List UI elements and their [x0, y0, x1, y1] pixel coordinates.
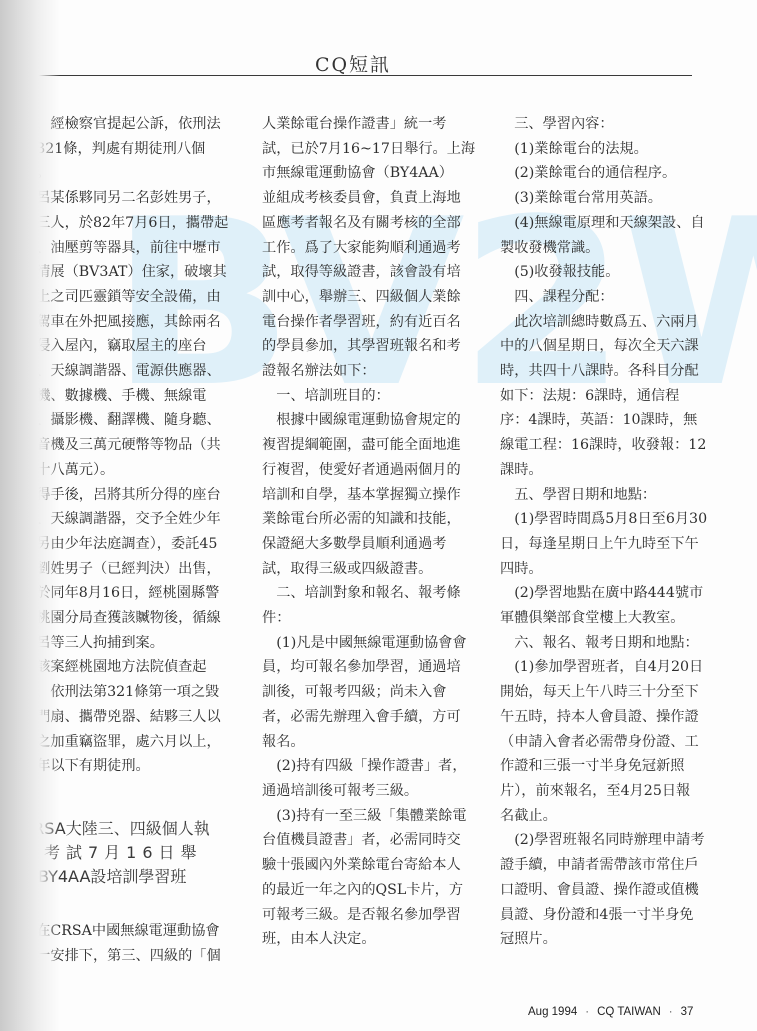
- text-line: 開始，每天上午八時三十分至下: [500, 680, 725, 705]
- text-line: (5)收發報技能。: [500, 260, 725, 285]
- text-line: 共三人，於82年7月6日，攜帶起: [22, 211, 222, 236]
- text-line: 人業餘電台操作證書」統一考: [262, 112, 467, 137]
- text-line: 則侵入屋內，竊取屋主的座台: [22, 334, 222, 359]
- text-line: 件：: [262, 606, 467, 631]
- text-line: 並組成考核委員會，負責上海地: [262, 186, 467, 211]
- text-line: 上之加重竊盜罪，處六月以上，: [22, 730, 222, 755]
- text-line: 訴，依刑法第321條第一項之毀: [22, 680, 222, 705]
- text-line: 作證和三張一寸半身免冠新照: [500, 754, 725, 779]
- text-line: 行複習，使愛好者通過兩個月的: [262, 458, 467, 483]
- text-line: 機、天線調諧器，交予全姓少年: [22, 507, 222, 532]
- issue-date: Aug 1994: [528, 1006, 577, 1018]
- text-line: 機、攝影機、翻譯機、隨身聽、: [22, 408, 222, 433]
- text-line: 試，已於7月16~17日舉行。上海: [262, 137, 467, 162]
- text-line: 證手續，申請者需帶該市常住戶: [500, 853, 725, 878]
- text-line: 中的八個星期日，每次全天六課: [500, 334, 725, 359]
- column-2: 人業餘電台操作證書」統一考 試，已於7月16~17日舉行。上海 市無線電運動協會…: [262, 112, 467, 952]
- text-line: 班，由本人決定。: [262, 927, 467, 952]
- text-line: (2)學習地點在廣中路444號市: [500, 581, 725, 606]
- separator: ·: [669, 1006, 673, 1018]
- text-line: 子、油壓剪等器具，前往中壢市: [22, 236, 222, 261]
- text-line: 越門扇、攜帶兇器、結夥三人以: [22, 705, 222, 730]
- text-line: 車機、數據機、手機、無線電: [22, 384, 222, 409]
- text-line: (4)無線電原理和天線架設、自: [500, 211, 725, 236]
- text-line: 錄音機及三萬元硬幣等物品（共: [22, 433, 222, 458]
- text-line: 驗十張國內外業餘電台寄給本人: [262, 853, 467, 878]
- column-1-body-continued: 在CRSA中國無線電運動協會 統一安排下，第三、四級的「個: [22, 919, 222, 968]
- text-line: 統一安排下，第三、四級的「個: [22, 944, 222, 969]
- text-line: 呂駕車在外把風接應，其餘兩名: [22, 310, 222, 335]
- column-1: 件，經檢察官提起公訴，依刑法 第321條，判處有期徒刑八個 月。 呂某係夥同另二…: [22, 112, 222, 968]
- spacer: [22, 889, 222, 919]
- page-number: 37: [681, 1006, 694, 1018]
- text-line: 二、培訓對象和報名、報考條: [262, 581, 467, 606]
- text-line: 電台操作者學習班，約有近百名: [262, 310, 467, 335]
- text-line: 報名。: [262, 730, 467, 755]
- magazine-page: BV2WC CQ短訊 件，經檢察官提起公訴，依刑法 第321條，判處有期徒刑八個…: [0, 0, 757, 1031]
- text-line: 證報名辦法如下：: [262, 359, 467, 384]
- text-line: 五、學習日期和地點：: [500, 483, 725, 508]
- text-line: 業餘電台所必需的知識和技能，: [262, 507, 467, 532]
- text-line: （申請入會者必需帶身份證、工: [500, 730, 725, 755]
- text-line: 序：4課時，英語：10課時，無: [500, 408, 725, 433]
- text-line: 得手後，呂將其所分得的座台: [22, 483, 222, 508]
- text-line: 口證明、會員證、操作證或值機: [500, 878, 725, 903]
- text-line: 此次培訓總時數爲五、六兩月: [500, 310, 725, 335]
- text-line: 線電工程：16課時，收發報：12: [500, 433, 725, 458]
- header-divider: [14, 75, 692, 76]
- text-line: 局桃園分局查獲該贓物後，循線: [22, 606, 222, 631]
- text-line: 五年以下有期徒刑。: [22, 754, 222, 779]
- text-line: 門上之司匹靈鎖等安全設備，由: [22, 285, 222, 310]
- text-line: (3)業餘電台常用英語。: [500, 186, 725, 211]
- publication-name: CQ TAIWAN: [597, 1006, 661, 1018]
- text-line: 的學員參加，其學習班報名和考: [262, 334, 467, 359]
- text-line: (2)持有四級「操作證書」者，: [262, 754, 467, 779]
- text-line: (2)學習班報名同時辦理申請考: [500, 828, 725, 853]
- text-line: 並於同年8月16日，經桃園縣警: [22, 581, 222, 606]
- text-line: 訓中心，舉辦三、四級個人業餘: [262, 285, 467, 310]
- heading-line: CRSA大陸三、四級個人執: [22, 817, 222, 841]
- text-line: 工作。爲了大家能夠順利通過考: [262, 236, 467, 261]
- page-footer: Aug 1994·CQ TAIWAN·37: [528, 1006, 693, 1018]
- text-line: 保證絕大多數學員順利通過考: [262, 532, 467, 557]
- heading-line: 照考試7月16日舉: [22, 841, 222, 865]
- text-line: 在CRSA中國無線電運動協會: [22, 919, 222, 944]
- text-line: 試，取得三級或四級證書。: [262, 557, 467, 582]
- text-line: (2)業餘電台的通信程序。: [500, 161, 725, 186]
- article-heading: CRSA大陸三、四級個人執 照考試7月16日舉 行BY4AA設培訓學習班: [22, 817, 222, 889]
- text-line: (1)業餘電台的法規。: [500, 137, 725, 162]
- text-line: 第321條，判處有期徒刑八個: [22, 137, 222, 162]
- text-line: 時，共四十八課時。各科目分配: [500, 359, 725, 384]
- text-line: 將呂等三人拘捕到案。: [22, 631, 222, 656]
- text-line: 通過培訓後可報考三級。: [262, 779, 467, 804]
- text-line: 軍體俱樂部食堂樓上大教室。: [500, 606, 725, 631]
- text-line: 區應考者報名及有關考核的全部: [262, 211, 467, 236]
- text-line: 四、課程分配：: [500, 285, 725, 310]
- text-line: 一、培訓班目的：: [262, 384, 467, 409]
- text-line: 王清展（BV3AT）住家，破壞其: [22, 260, 222, 285]
- text-line: (1)學習時間爲5月8日至6月30: [500, 507, 725, 532]
- text-line: 訓後，可報考四級；尚未入會: [262, 680, 467, 705]
- text-line: (1)凡是中國無線電運動協會會: [262, 631, 467, 656]
- text-line: 午五時，持本人會員證、操作證: [500, 705, 725, 730]
- text-line: 六、報名、報考日期和地點：: [500, 631, 725, 656]
- text-line: 機、天線調諧器、電源供應器、: [22, 359, 222, 384]
- text-line: （另由少年法庭調查），委託45: [22, 532, 222, 557]
- text-line: 呂某係夥同另二名彭姓男子，: [22, 186, 222, 211]
- text-line: 市無線電運動協會（BY4AA）: [262, 161, 467, 186]
- text-line: 約十八萬元）。: [22, 458, 222, 483]
- text-line: 三、學習內容：: [500, 112, 725, 137]
- text-line: 日，每逢星期日上午九時至下午: [500, 532, 725, 557]
- text-line: 台值機員證書」者，必需同時交: [262, 828, 467, 853]
- text-line: 者，必需先辦理入會手續，方可: [262, 705, 467, 730]
- text-line: 四時。: [500, 557, 725, 582]
- text-line: (3)持有一至三級「集體業餘電: [262, 804, 467, 829]
- text-line: 冠照片。: [500, 927, 725, 952]
- spacer: [22, 779, 222, 809]
- column-1-body: 件，經檢察官提起公訴，依刑法 第321條，判處有期徒刑八個 月。 呂某係夥同另二…: [22, 112, 222, 779]
- text-line: 員證、身份證和4張一寸半身免: [500, 903, 725, 928]
- text-line: 製收發機常識。: [500, 236, 725, 261]
- column-3: 三、學習內容： (1)業餘電台的法規。 (2)業餘電台的通信程序。 (3)業餘電…: [500, 112, 725, 952]
- heading-line: 行BY4AA設培訓學習班: [22, 865, 222, 889]
- text-line: 該案經桃園地方法院偵查起: [22, 655, 222, 680]
- text-line: 複習提綱範圍，盡可能全面地進: [262, 433, 467, 458]
- text-line: 培訓和自學，基本掌握獨立操作: [262, 483, 467, 508]
- text-line: 如下：法規：6課時，通信程: [500, 384, 725, 409]
- text-line: 可報考三級。是否報名參加學習: [262, 903, 467, 928]
- text-line: 試，取得等級證書，該會設有培: [262, 260, 467, 285]
- text-line: 根據中國線電運動協會規定的: [262, 408, 467, 433]
- text-line: 名截止。: [500, 804, 725, 829]
- text-line: 歲劉姓男子（已經判決）出售，: [22, 557, 222, 582]
- text-line: 員，均可報名參加學習，通過培: [262, 655, 467, 680]
- text-line: 片），前來報名，至4月25日報: [500, 779, 725, 804]
- text-line: (1)參加學習班者，自4月20日: [500, 655, 725, 680]
- text-line: 月。: [22, 161, 222, 186]
- separator: ·: [585, 1006, 589, 1018]
- page-header: CQ短訊: [14, 40, 692, 76]
- text-line: 課時。: [500, 458, 725, 483]
- section-title: CQ短訊: [14, 50, 692, 77]
- text-line: 件，經檢察官提起公訴，依刑法: [22, 112, 222, 137]
- text-line: 的最近一年之內的QSL卡片，方: [262, 878, 467, 903]
